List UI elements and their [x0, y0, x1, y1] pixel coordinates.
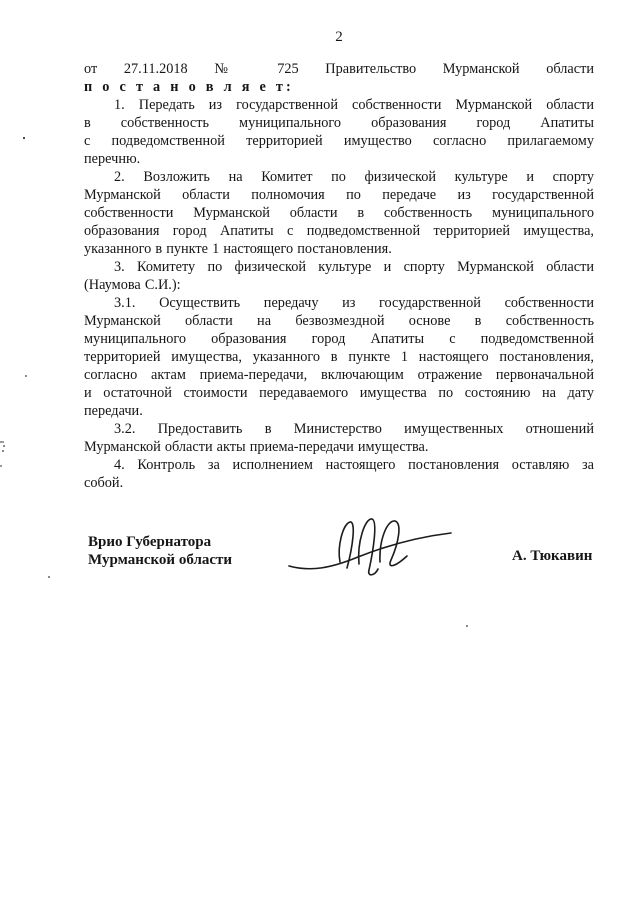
text-line: передачи.	[84, 402, 594, 420]
text-line: (Наумова С.И.):	[84, 276, 594, 294]
signature-handwriting-icon	[283, 512, 458, 580]
text-line: с подведомственной территорией имущество…	[84, 132, 594, 150]
paragraph: 2. Возложить на Комитет по физической ку…	[84, 168, 594, 258]
text-line: муниципального образования город Апатиты…	[84, 330, 594, 348]
scan-artifact	[0, 441, 4, 443]
scan-artifact	[2, 450, 4, 452]
scan-artifact	[466, 625, 468, 627]
text-line: Мурманской области полномочия по передач…	[84, 186, 594, 204]
text-line: 3. Комитету по физической культуре и спо…	[84, 258, 594, 276]
scan-artifact	[3, 445, 5, 447]
scan-artifact	[0, 465, 2, 467]
paragraph: 3.2. Предоставить в Министерство имущест…	[84, 420, 594, 456]
text-line: 2. Возложить на Комитет по физической ку…	[84, 168, 594, 186]
text-line: указанного в пункте 1 настоящего постано…	[84, 240, 594, 258]
paragraph: от 27.11.2018 № 725 Правительство Мурман…	[84, 60, 594, 78]
text-line: Мурманской области на безвозмездной осно…	[84, 312, 594, 330]
text-line: собой.	[84, 474, 594, 492]
paragraph: 3. Комитету по физической культуре и спо…	[84, 258, 594, 294]
text-line: собственности Мурманской области в собст…	[84, 204, 594, 222]
text-line: п о с т а н о в л я е т:	[84, 78, 594, 96]
signatory-name: А. Тюкавин	[512, 547, 592, 565]
signatory-role-line: Мурманской области	[88, 551, 232, 569]
text-line: согласно актам приема-передачи, включающ…	[84, 366, 594, 384]
page-number: 2	[84, 28, 594, 46]
text-line: территорией имущества, указанного в пунк…	[84, 348, 594, 366]
scan-artifact	[48, 576, 50, 578]
text-line: Мурманской области акты приема-передачи …	[84, 438, 594, 456]
text-line: 4. Контроль за исполнением настоящего по…	[84, 456, 594, 474]
signatory-role-line: Врио Губернатора	[88, 533, 232, 551]
text-line: в собственность муниципального образован…	[84, 114, 594, 132]
signatory-role: Врио ГубернатораМурманской области	[88, 533, 232, 569]
text-line: 1. Передать из государственной собственн…	[84, 96, 594, 114]
text-line: и остаточной стоимости передаваемого иму…	[84, 384, 594, 402]
text-line: перечню.	[84, 150, 594, 168]
paragraph: 3.1. Осуществить передачу из государстве…	[84, 294, 594, 420]
scan-artifact	[25, 375, 27, 377]
text-line: образования город Апатиты с подведомстве…	[84, 222, 594, 240]
text-line: от 27.11.2018 № 725 Правительство Мурман…	[84, 60, 594, 78]
text-line: 3.2. Предоставить в Министерство имущест…	[84, 420, 594, 438]
scan-artifact	[23, 137, 25, 139]
paragraph: 1. Передать из государственной собственн…	[84, 96, 594, 168]
paragraph: п о с т а н о в л я е т:	[84, 78, 594, 96]
document-body: от 27.11.2018 № 725 Правительство Мурман…	[84, 60, 594, 492]
paragraph: 4. Контроль за исполнением настоящего по…	[84, 456, 594, 492]
text-line: 3.1. Осуществить передачу из государстве…	[84, 294, 594, 312]
